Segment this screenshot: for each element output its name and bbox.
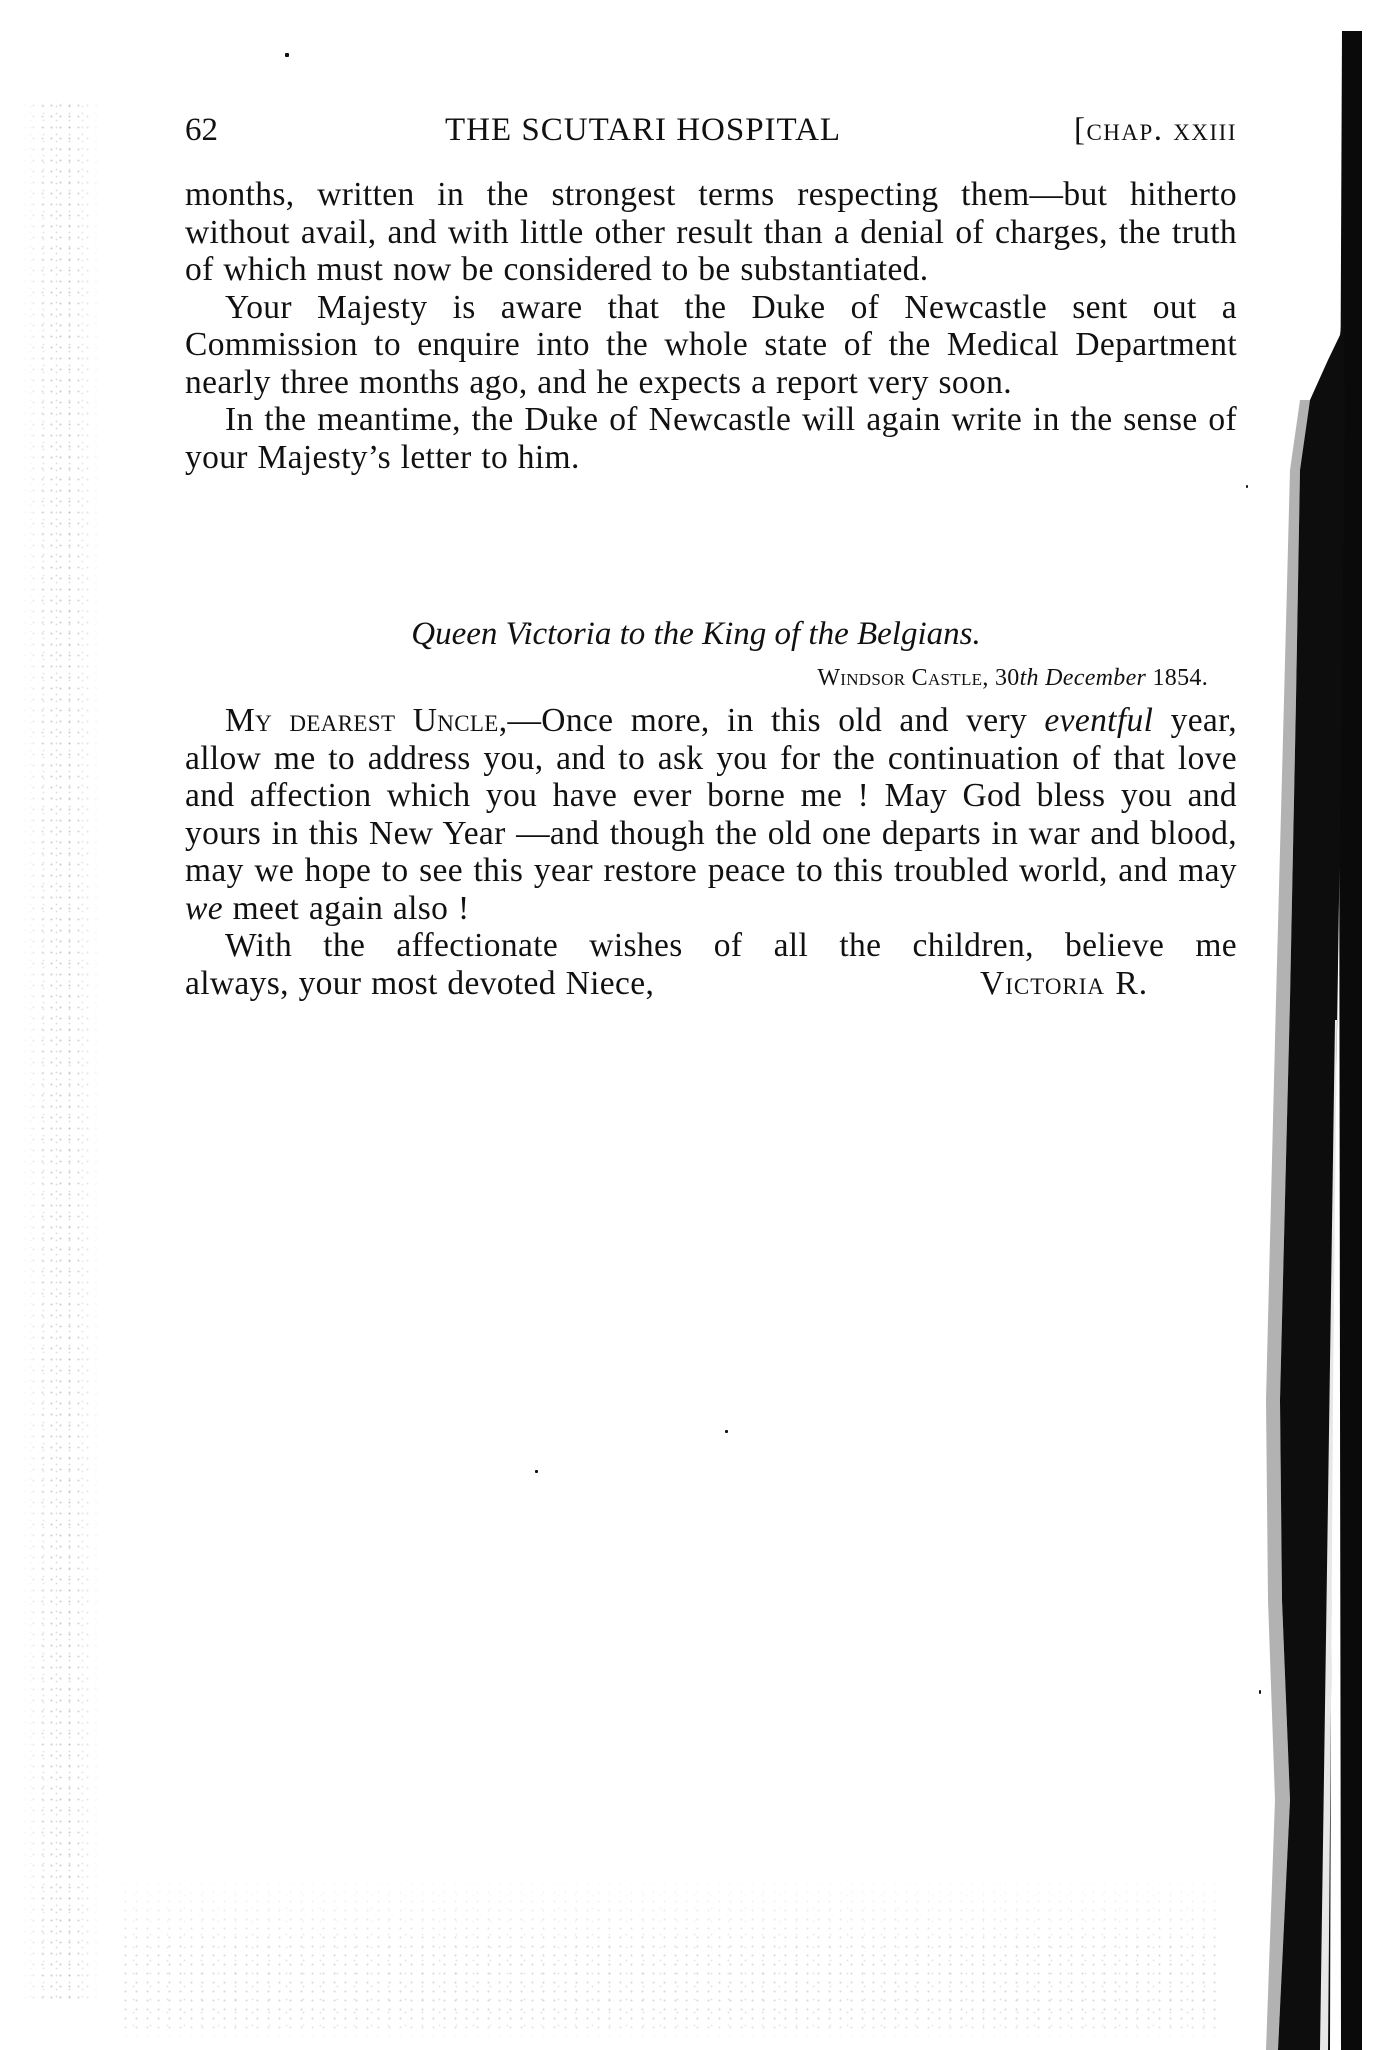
dateline-month: December <box>1045 665 1146 691</box>
running-head: 62 THE SCUTARI HOSPITAL [chap. xxiii <box>185 110 1237 150</box>
closing-text: always, your most devoted Niece, <box>185 965 654 1002</box>
closing-line: always, your most devoted Niece, Victori… <box>185 965 1237 1003</box>
scan-noise-bottom <box>120 1870 1220 2040</box>
scan-speck <box>1246 485 1248 488</box>
dateline-day-suffix: th <box>1020 665 1039 691</box>
scan-speck <box>535 1470 538 1473</box>
dateline-place: Windsor Castle, <box>817 665 988 691</box>
scan-noise-left <box>20 100 100 2000</box>
dateline-day: 30 <box>995 665 1020 691</box>
scanned-book-page: 62 THE SCUTARI HOSPITAL [chap. xxiii mon… <box>0 0 1396 2050</box>
letter-dateline: Windsor Castle, 30th December 1854. <box>817 664 1208 692</box>
paragraph: Your Majesty is aware that the Duke of N… <box>185 289 1237 402</box>
letter-text: —Once more, in this old and very <box>507 702 1027 739</box>
letter-text: meet again also ! <box>223 890 470 927</box>
salutation: My dearest Uncle, <box>225 702 507 739</box>
emphasis-text: eventful <box>1044 702 1153 739</box>
letter-paragraph: My dearest Uncle,—Once more, in this old… <box>185 702 1237 927</box>
scan-speck <box>725 1430 728 1433</box>
page-number: 62 <box>185 110 218 150</box>
previous-letter-text: months, written in the strongest terms r… <box>185 176 1237 476</box>
scan-speck <box>1259 1690 1261 1694</box>
letter-heading: Queen Victoria to the King of the Belgia… <box>185 614 1237 654</box>
running-title: THE SCUTARI HOSPITAL <box>445 110 841 150</box>
chapter-label: [chap. xxiii <box>1074 110 1237 150</box>
scan-speck <box>285 53 289 57</box>
dateline-year: 1854. <box>1153 665 1209 691</box>
signature: Victoria R. <box>980 965 1148 1003</box>
letter-body: My dearest Uncle,—Once more, in this old… <box>185 702 1237 1002</box>
paragraph: months, written in the strongest terms r… <box>185 176 1237 289</box>
paragraph: In the meantime, the Duke of Newcastle w… <box>185 401 1237 476</box>
letter-paragraph: With the affectionate wishes of all the … <box>185 927 1237 965</box>
emphasis-text: we <box>185 890 223 927</box>
